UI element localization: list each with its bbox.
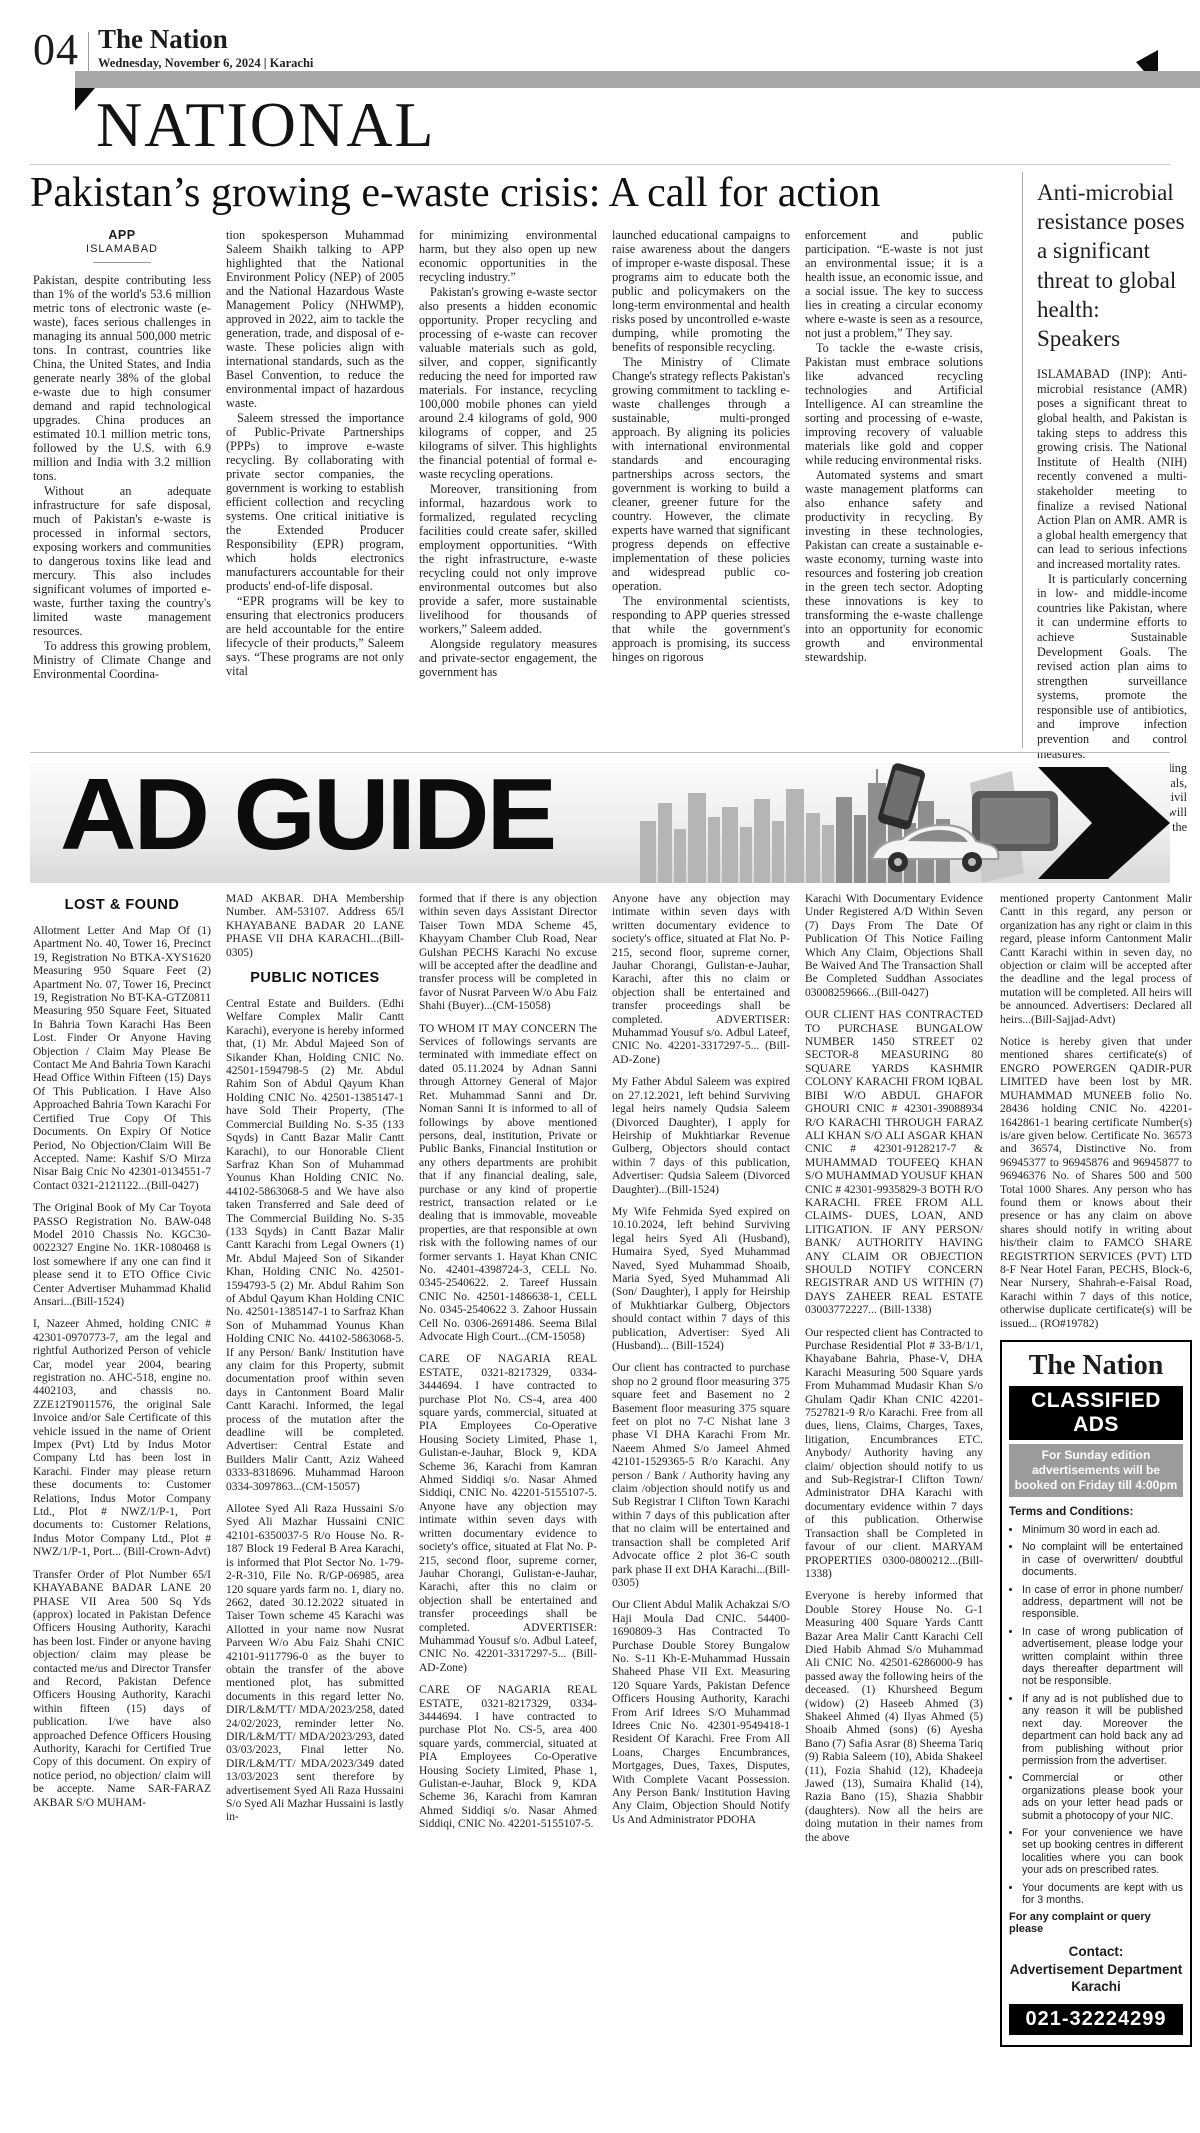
classified-notice: CARE OF NAGARIA REAL ESTATE, 0321-821732…	[419, 1684, 597, 1831]
article-paragraph: The environmental scientists, responding…	[612, 594, 790, 664]
classified-box-title: CLASSIFIED ADS	[1009, 1386, 1183, 1440]
article-paragraph: tion spokesperson Muhammad Saleem Shaikh…	[226, 228, 404, 410]
sidebar-headline: Anti-microbial resistance poses a signif…	[1037, 178, 1187, 353]
contact-label: Contact:	[1009, 1943, 1183, 1961]
sidebar-paragraph: It is particularly concerning in low- an…	[1037, 572, 1187, 762]
terms-heading: Terms and Conditions:	[1009, 1506, 1183, 1518]
page-number: 04	[33, 24, 79, 75]
lost-found-heading: LOST & FOUND	[33, 897, 211, 913]
article-column-1: APP ISLAMABAD Pakistan, despite contribu…	[33, 228, 211, 748]
classified-notice: TO WHOM IT MAY CONCERN The Services of f…	[419, 1023, 597, 1345]
classified-notice: Karachi With Documentary Evidence Under …	[805, 893, 983, 1000]
ad-guide-banner: AD GUIDE	[30, 763, 1170, 883]
article-paragraph: Without an adequate infrastructure for s…	[33, 484, 211, 638]
byline-agency: APP	[33, 228, 211, 242]
horizontal-rule	[30, 752, 1170, 753]
classified-notice: Our client has contracted to purchase sh…	[612, 1362, 790, 1590]
classified-notice: Notice is hereby given that under mentio…	[1000, 1036, 1192, 1331]
article-paragraph: enforcement and public participation. “E…	[805, 228, 983, 340]
classified-notice: MAD AKBAR. DHA Membership Number. AM-531…	[226, 893, 404, 960]
classified-column-3: formed that if there is any objection wi…	[419, 893, 597, 2133]
sidebar-article: Anti-microbial resistance poses a signif…	[1037, 178, 1187, 849]
classified-notice: Allotment Letter And Map Of (1) Apartmen…	[33, 925, 211, 1193]
masthead: The Nation	[98, 24, 228, 55]
corner-mark-icon	[1136, 50, 1158, 72]
band-notch-icon	[75, 88, 95, 111]
article-paragraph: Pakistan's growing e-waste sector also p…	[419, 285, 597, 481]
byline-city: ISLAMABAD	[33, 243, 211, 255]
header-divider	[88, 32, 89, 74]
article-column-4: launched educational campaigns to raise …	[612, 228, 790, 748]
complaint-note: For any complaint or query please	[1009, 1911, 1183, 1935]
term-item: No complaint will be entertained in case…	[1022, 1541, 1183, 1578]
article-paragraph: Saleem stressed the importance of Public…	[226, 411, 404, 593]
article-column-3: for minimizing environmental harm, but t…	[419, 228, 597, 748]
term-item: Your documents are kept with us for 3 mo…	[1022, 1882, 1183, 1907]
classified-notice: I, Nazeer Ahmed, holding CNIC # 42301-09…	[33, 1318, 211, 1559]
term-item: Minimum 30 word in each ad.	[1022, 1524, 1183, 1536]
contact-dept: Advertisement Department	[1009, 1961, 1183, 1979]
sidebar-divider	[1022, 172, 1023, 748]
article-paragraph: The Ministry of Climate Change's strateg…	[612, 355, 790, 593]
article-paragraph: To tackle the e-waste crisis, Pakistan m…	[805, 341, 983, 467]
article-paragraph: Pakistan, despite contributing less than…	[33, 273, 211, 483]
section-band	[75, 71, 1200, 88]
section-title: NATIONAL	[96, 88, 436, 162]
classified-column-4: Anyone have any objection may intimate w…	[612, 893, 790, 2133]
dateline: Wednesday, November 6, 2024 | Karachi	[98, 56, 313, 71]
term-item: Commercial or other organizations please…	[1022, 1772, 1183, 1822]
classified-notice: Our Client Abdul Malik Achakzai S/O Haji…	[612, 1599, 790, 1827]
classified-notice: My Father Abdul Saleem was expired on 27…	[612, 1076, 790, 1197]
term-item: In case of error in phone number/ addres…	[1022, 1584, 1183, 1621]
article-paragraph: To address this growing problem, Ministr…	[33, 639, 211, 681]
classified-notice: Our respected client has Contracted to P…	[805, 1327, 983, 1582]
term-item: In case of wrong publication of advertis…	[1022, 1626, 1183, 1688]
term-item: For your convenience we have set up book…	[1022, 1827, 1183, 1877]
article-paragraph: Automated systems and smart waste manage…	[805, 468, 983, 664]
term-item: If any ad is not published due to any re…	[1022, 1693, 1183, 1767]
classified-notice: OUR CLIENT HAS CONTRACTED TO PURCHASE BU…	[805, 1009, 983, 1317]
classified-notice: Transfer Order of Plot Number 65/I KHAYA…	[33, 1569, 211, 1810]
city-skyline-graphic	[640, 763, 1170, 883]
classified-notice: Everyone is hereby informed that Double …	[805, 1590, 983, 1845]
sidebar-paragraph: ISLAMABAD (INP): Anti-microbial resistan…	[1037, 367, 1187, 571]
phone-number: 021-32224299	[1009, 2004, 1183, 2035]
horizontal-rule	[30, 164, 1170, 165]
tv-icon	[972, 791, 1058, 851]
contact-city: Karachi	[1009, 1978, 1183, 1996]
classified-notice: My Wife Fehmida Syed expired on 10.10.20…	[612, 1206, 790, 1353]
article-column-5: enforcement and public participation. “E…	[805, 228, 983, 748]
classified-column-6: mentioned property Cantonment Malir Cant…	[1000, 893, 1192, 2133]
classified-box-brand: The Nation	[1009, 1350, 1183, 1382]
classified-notice: mentioned property Cantonment Malir Cant…	[1000, 893, 1192, 1027]
article-paragraph: launched educational campaigns to raise …	[612, 228, 790, 354]
article-paragraph: “EPR programs will be key to ensuring th…	[226, 594, 404, 678]
main-headline: Pakistan’s growing e-waste crisis: A cal…	[30, 171, 1018, 215]
classified-notice: Central Estate and Builders. (Edhi Welfa…	[226, 998, 404, 1494]
classified-column-2: MAD AKBAR. DHA Membership Number. AM-531…	[226, 893, 404, 2133]
classified-column-1: LOST & FOUND Allotment Letter And Map Of…	[33, 893, 211, 2133]
article-paragraph: for minimizing environmental harm, but t…	[419, 228, 597, 284]
byline-rule	[93, 262, 151, 263]
classified-box-subtitle: For Sunday edition advertisements will b…	[1009, 1444, 1183, 1497]
classified-notice: Anyone have any objection may intimate w…	[612, 893, 790, 1067]
classified-notice: Allotee Syed Ali Raza Hussaini S/o Syed …	[226, 1503, 404, 1825]
byline: APP ISLAMABAD	[33, 228, 211, 263]
classified-notice: formed that if there is any objection wi…	[419, 893, 597, 1014]
public-notices-heading: PUBLIC NOTICES	[226, 970, 404, 986]
classified-column-5: Karachi With Documentary Evidence Under …	[805, 893, 983, 2133]
article-paragraph: Alongside regulatory measures and privat…	[419, 637, 597, 679]
ad-guide-title: AD GUIDE	[60, 763, 554, 873]
classified-notice: The Original Book of My Car Toyota PASSO…	[33, 1202, 211, 1309]
terms-list: Minimum 30 word in each ad. No complaint…	[1009, 1524, 1183, 1906]
article-column-2: tion spokesperson Muhammad Saleem Shaikh…	[226, 228, 404, 748]
classified-notice: CARE OF NAGARIA REAL ESTATE, 0321-821732…	[419, 1353, 597, 1675]
classified-box: The Nation CLASSIFIED ADS For Sunday edi…	[1000, 1340, 1192, 2047]
article-paragraph: Moreover, transitioning from informal, h…	[419, 482, 597, 636]
